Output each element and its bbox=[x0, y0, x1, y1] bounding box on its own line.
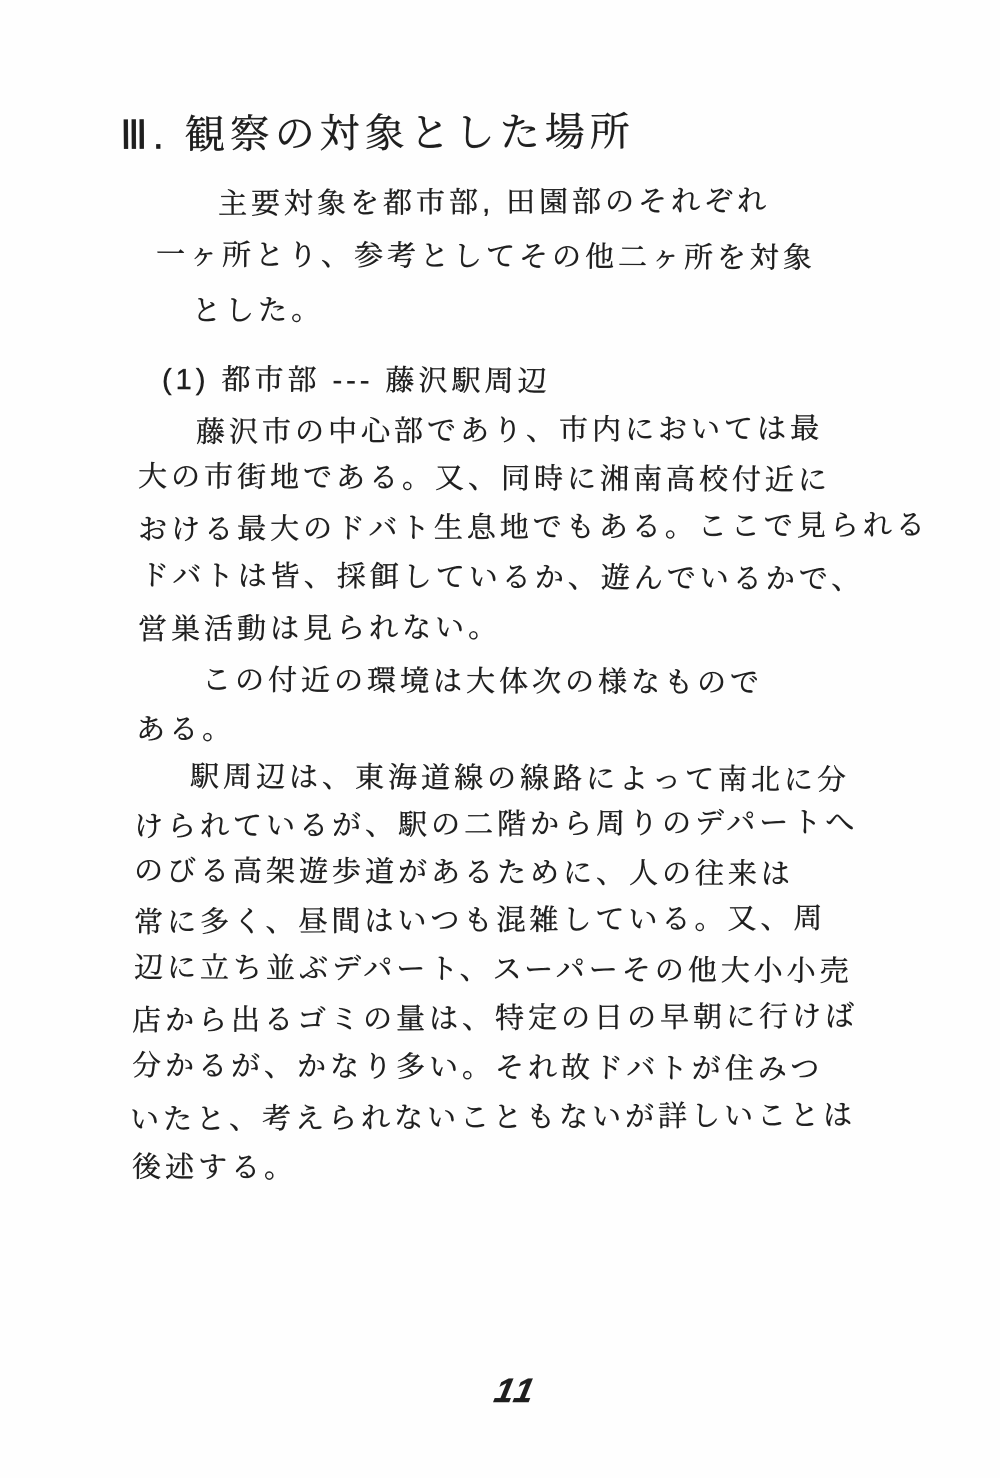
handwritten-line: おける最大のドバト生息地でもある。ここで見られる bbox=[138, 503, 929, 549]
handwritten-line: 大の市街地である。又、同時に湘南高校付近に bbox=[138, 454, 831, 499]
handwritten-line: 店から出るゴミの量は、特定の日の早朝に行けば bbox=[132, 994, 858, 1039]
handwritten-line: のびる高架遊歩道があるために、人の往来は bbox=[134, 848, 794, 892]
handwritten-line: 営巣活動は見られない。 bbox=[138, 605, 501, 648]
handwritten-line: 藤沢市の中心部であり、市内においては最 bbox=[196, 406, 823, 451]
handwritten-line: 辺に立ち並ぶデパート、スーパーその他大小小売 bbox=[134, 945, 853, 990]
handwritten-line: ドバトは皆、採餌しているか、遊んでいるかで、 bbox=[140, 553, 864, 598]
handwritten-line: ある。 bbox=[136, 707, 235, 749]
handwritten-line: けられているが、駅の二階から周りのデパートへ bbox=[134, 800, 859, 845]
handwritten-line: とした。 bbox=[192, 288, 324, 330]
handwritten-line: いたと、考えられないこともないが詳しいことは bbox=[130, 1093, 856, 1138]
section-heading: Ⅲ. 観察の対象とした場所 bbox=[120, 100, 635, 161]
handwritten-line: 常に多く、昼間はいつも混雑している。又、周 bbox=[134, 896, 827, 941]
page-number: 11 bbox=[491, 1372, 541, 1411]
handwritten-line: この付近の環境は大体次の様なもので bbox=[202, 658, 763, 702]
scanned-document-page: Ⅲ. 観察の対象とした場所 主要対象を都市部, 田園部のそれぞれ 一ヶ所とり、参… bbox=[0, 0, 1000, 1478]
list-item-heading: (1) 都市部 --- 藤沢駅周辺 bbox=[162, 357, 551, 400]
handwritten-line: 後述する。 bbox=[132, 1145, 297, 1187]
handwritten-line: 分かるが、かなり多い。それ故ドバトが住みつ bbox=[132, 1043, 823, 1088]
handwritten-line: 一ヶ所とり、参考としてその他二ヶ所を対象 bbox=[156, 232, 816, 276]
handwritten-line: 駅周辺は、東海道線の線路によって南北に分 bbox=[190, 754, 850, 798]
handwritten-line: 主要対象を都市部, 田園部のそれぞれ bbox=[218, 178, 770, 222]
